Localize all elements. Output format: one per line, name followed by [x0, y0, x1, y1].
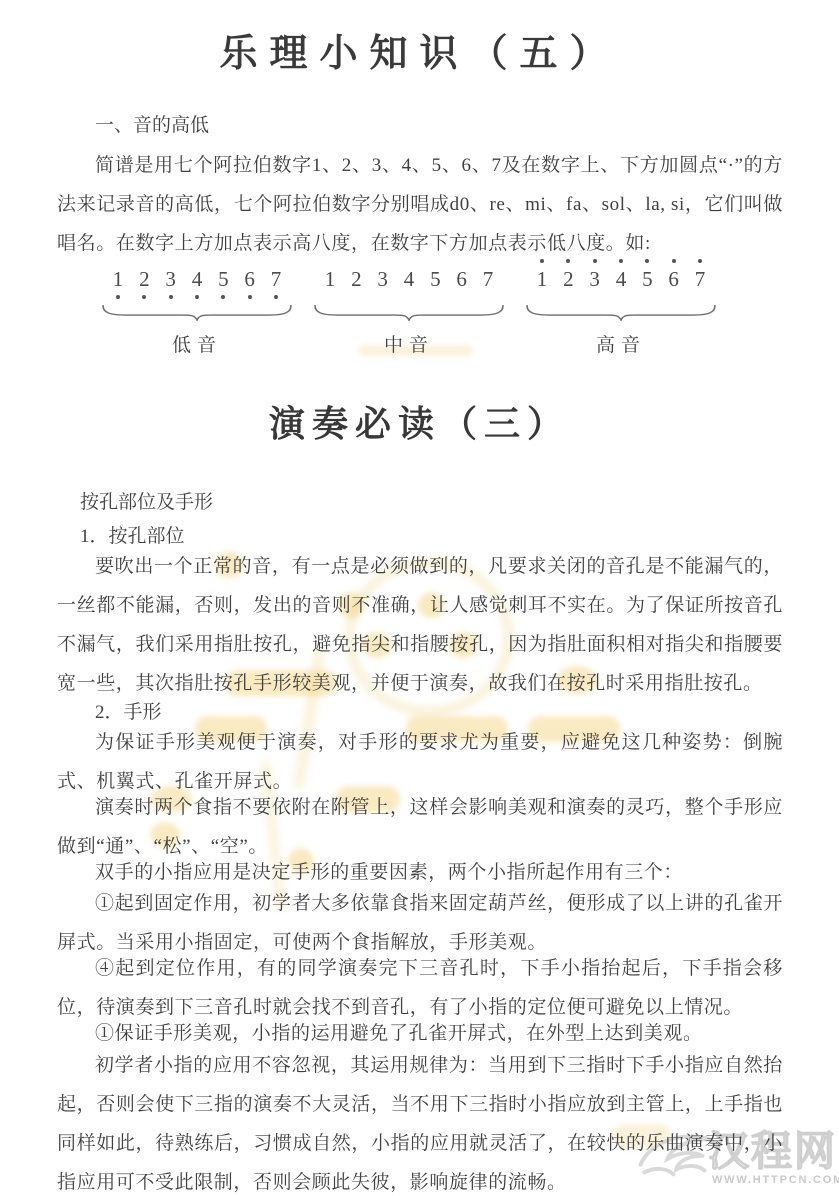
- notation-group-low: 1234567 低音: [100, 256, 294, 357]
- notation-number-cell: 6: [662, 256, 686, 302]
- notation-number: 4: [609, 266, 633, 292]
- octave-dot-above: [566, 259, 570, 263]
- notation-number-cell: 6: [450, 256, 474, 302]
- notation-number-cell: 1: [530, 256, 554, 302]
- notation-number: 2: [556, 266, 580, 292]
- notation-number-cell: 2: [132, 256, 156, 302]
- notation-number-cell: 1: [318, 256, 342, 302]
- section-heading-holes-handshape: 按孔部位及手形: [80, 487, 213, 514]
- octave-dot-below: [248, 295, 252, 299]
- notation-number-cell: 7: [476, 256, 500, 302]
- notation-numbers-row: 1234567: [100, 256, 294, 302]
- notation-group-label-middle: 中音: [312, 330, 506, 357]
- notation-number-cell: 3: [583, 256, 607, 302]
- paragraph-jianpu-intro: 简谱是用七个阿拉伯数字1、2、3、4、5、6、7及在数字上、下方加圆点“·”的方…: [57, 146, 783, 263]
- notation-number: 7: [264, 266, 288, 292]
- notation-number: 6: [238, 266, 262, 292]
- scanned-document-page: 乐理小知识（五） 一、音的高低 简谱是用七个阿拉伯数字1、2、3、4、5、6、7…: [0, 0, 839, 1196]
- notation-number-cell: 4: [185, 256, 209, 302]
- notation-number: 1: [318, 266, 342, 292]
- notation-number-cell: 6: [238, 256, 262, 302]
- octave-dot-below: [221, 295, 225, 299]
- octave-dot-below: [116, 295, 120, 299]
- notation-number: 3: [371, 266, 395, 292]
- octave-dot-above: [593, 259, 597, 263]
- notation-number: 1: [106, 266, 130, 292]
- notation-numbers-row: 1234567: [524, 256, 718, 302]
- page-title-performance: 演奏必读（三）: [0, 396, 839, 447]
- notation-number: 3: [159, 266, 183, 292]
- notation-number: 6: [662, 266, 686, 292]
- underbrace-icon: [312, 304, 506, 321]
- notation-group-middle: 1234567 中音: [312, 256, 506, 357]
- octave-dot-below: [274, 295, 278, 299]
- notation-number-cell: 7: [688, 256, 712, 302]
- notation-number: 5: [211, 266, 235, 292]
- notation-number: 1: [530, 266, 554, 292]
- notation-number-cell: 2: [344, 256, 368, 302]
- notation-number-cell: 5: [423, 256, 447, 302]
- notation-group-label-low: 低音: [100, 330, 294, 357]
- octave-dot-below: [169, 295, 173, 299]
- notation-number-cell: 5: [211, 256, 235, 302]
- octave-dot-below: [195, 295, 199, 299]
- notation-number: 5: [423, 266, 447, 292]
- notation-number: 4: [185, 266, 209, 292]
- underbrace-icon: [100, 304, 294, 321]
- octave-dot-below: [142, 295, 146, 299]
- subheading-hole-position: 1．按孔部位: [80, 521, 185, 548]
- notation-number: 5: [635, 266, 659, 292]
- octave-dot-above: [540, 259, 544, 263]
- notation-numbers-row: 1234567: [312, 256, 506, 302]
- octave-notation-diagram: 1234567 低音 1234567 中音 1234567 高音: [100, 256, 718, 357]
- underbrace-icon: [524, 304, 718, 321]
- notation-group-label-high: 高音: [524, 330, 718, 357]
- octave-dot-above: [645, 259, 649, 263]
- paragraph-little-finger-rules: 初学者小指的应用不容忽视，其运用规律为：当用到下三指时下手小指应自然抬起，否则会…: [57, 1046, 783, 1196]
- notation-number-cell: 1: [106, 256, 130, 302]
- section-heading-pitch: 一、音的高低: [95, 110, 209, 137]
- octave-dot-above: [619, 259, 623, 263]
- notation-group-high: 1234567 高音: [524, 256, 718, 357]
- notation-number: 6: [450, 266, 474, 292]
- notation-number-cell: 7: [264, 256, 288, 302]
- page-title-music-theory: 乐理小知识（五）: [0, 22, 839, 77]
- notation-number: 2: [344, 266, 368, 292]
- notation-number: 3: [583, 266, 607, 292]
- subheading-hand-shape: 2．手形: [95, 697, 162, 724]
- notation-number: 4: [397, 266, 421, 292]
- octave-dot-above: [698, 259, 702, 263]
- notation-number-cell: 5: [635, 256, 659, 302]
- notation-number: 2: [132, 266, 156, 292]
- notation-number-cell: 3: [159, 256, 183, 302]
- octave-dot-above: [672, 259, 676, 263]
- notation-number-cell: 3: [371, 256, 395, 302]
- notation-number-cell: 4: [397, 256, 421, 302]
- notation-number-cell: 2: [556, 256, 580, 302]
- notation-number: 7: [688, 266, 712, 292]
- notation-number-cell: 4: [609, 256, 633, 302]
- paragraph-hole-position: 要吹出一个正常的音，有一点是必须做到的，凡要求关闭的音孔是不能漏气的，一丝都不能…: [57, 547, 783, 703]
- notation-number: 7: [476, 266, 500, 292]
